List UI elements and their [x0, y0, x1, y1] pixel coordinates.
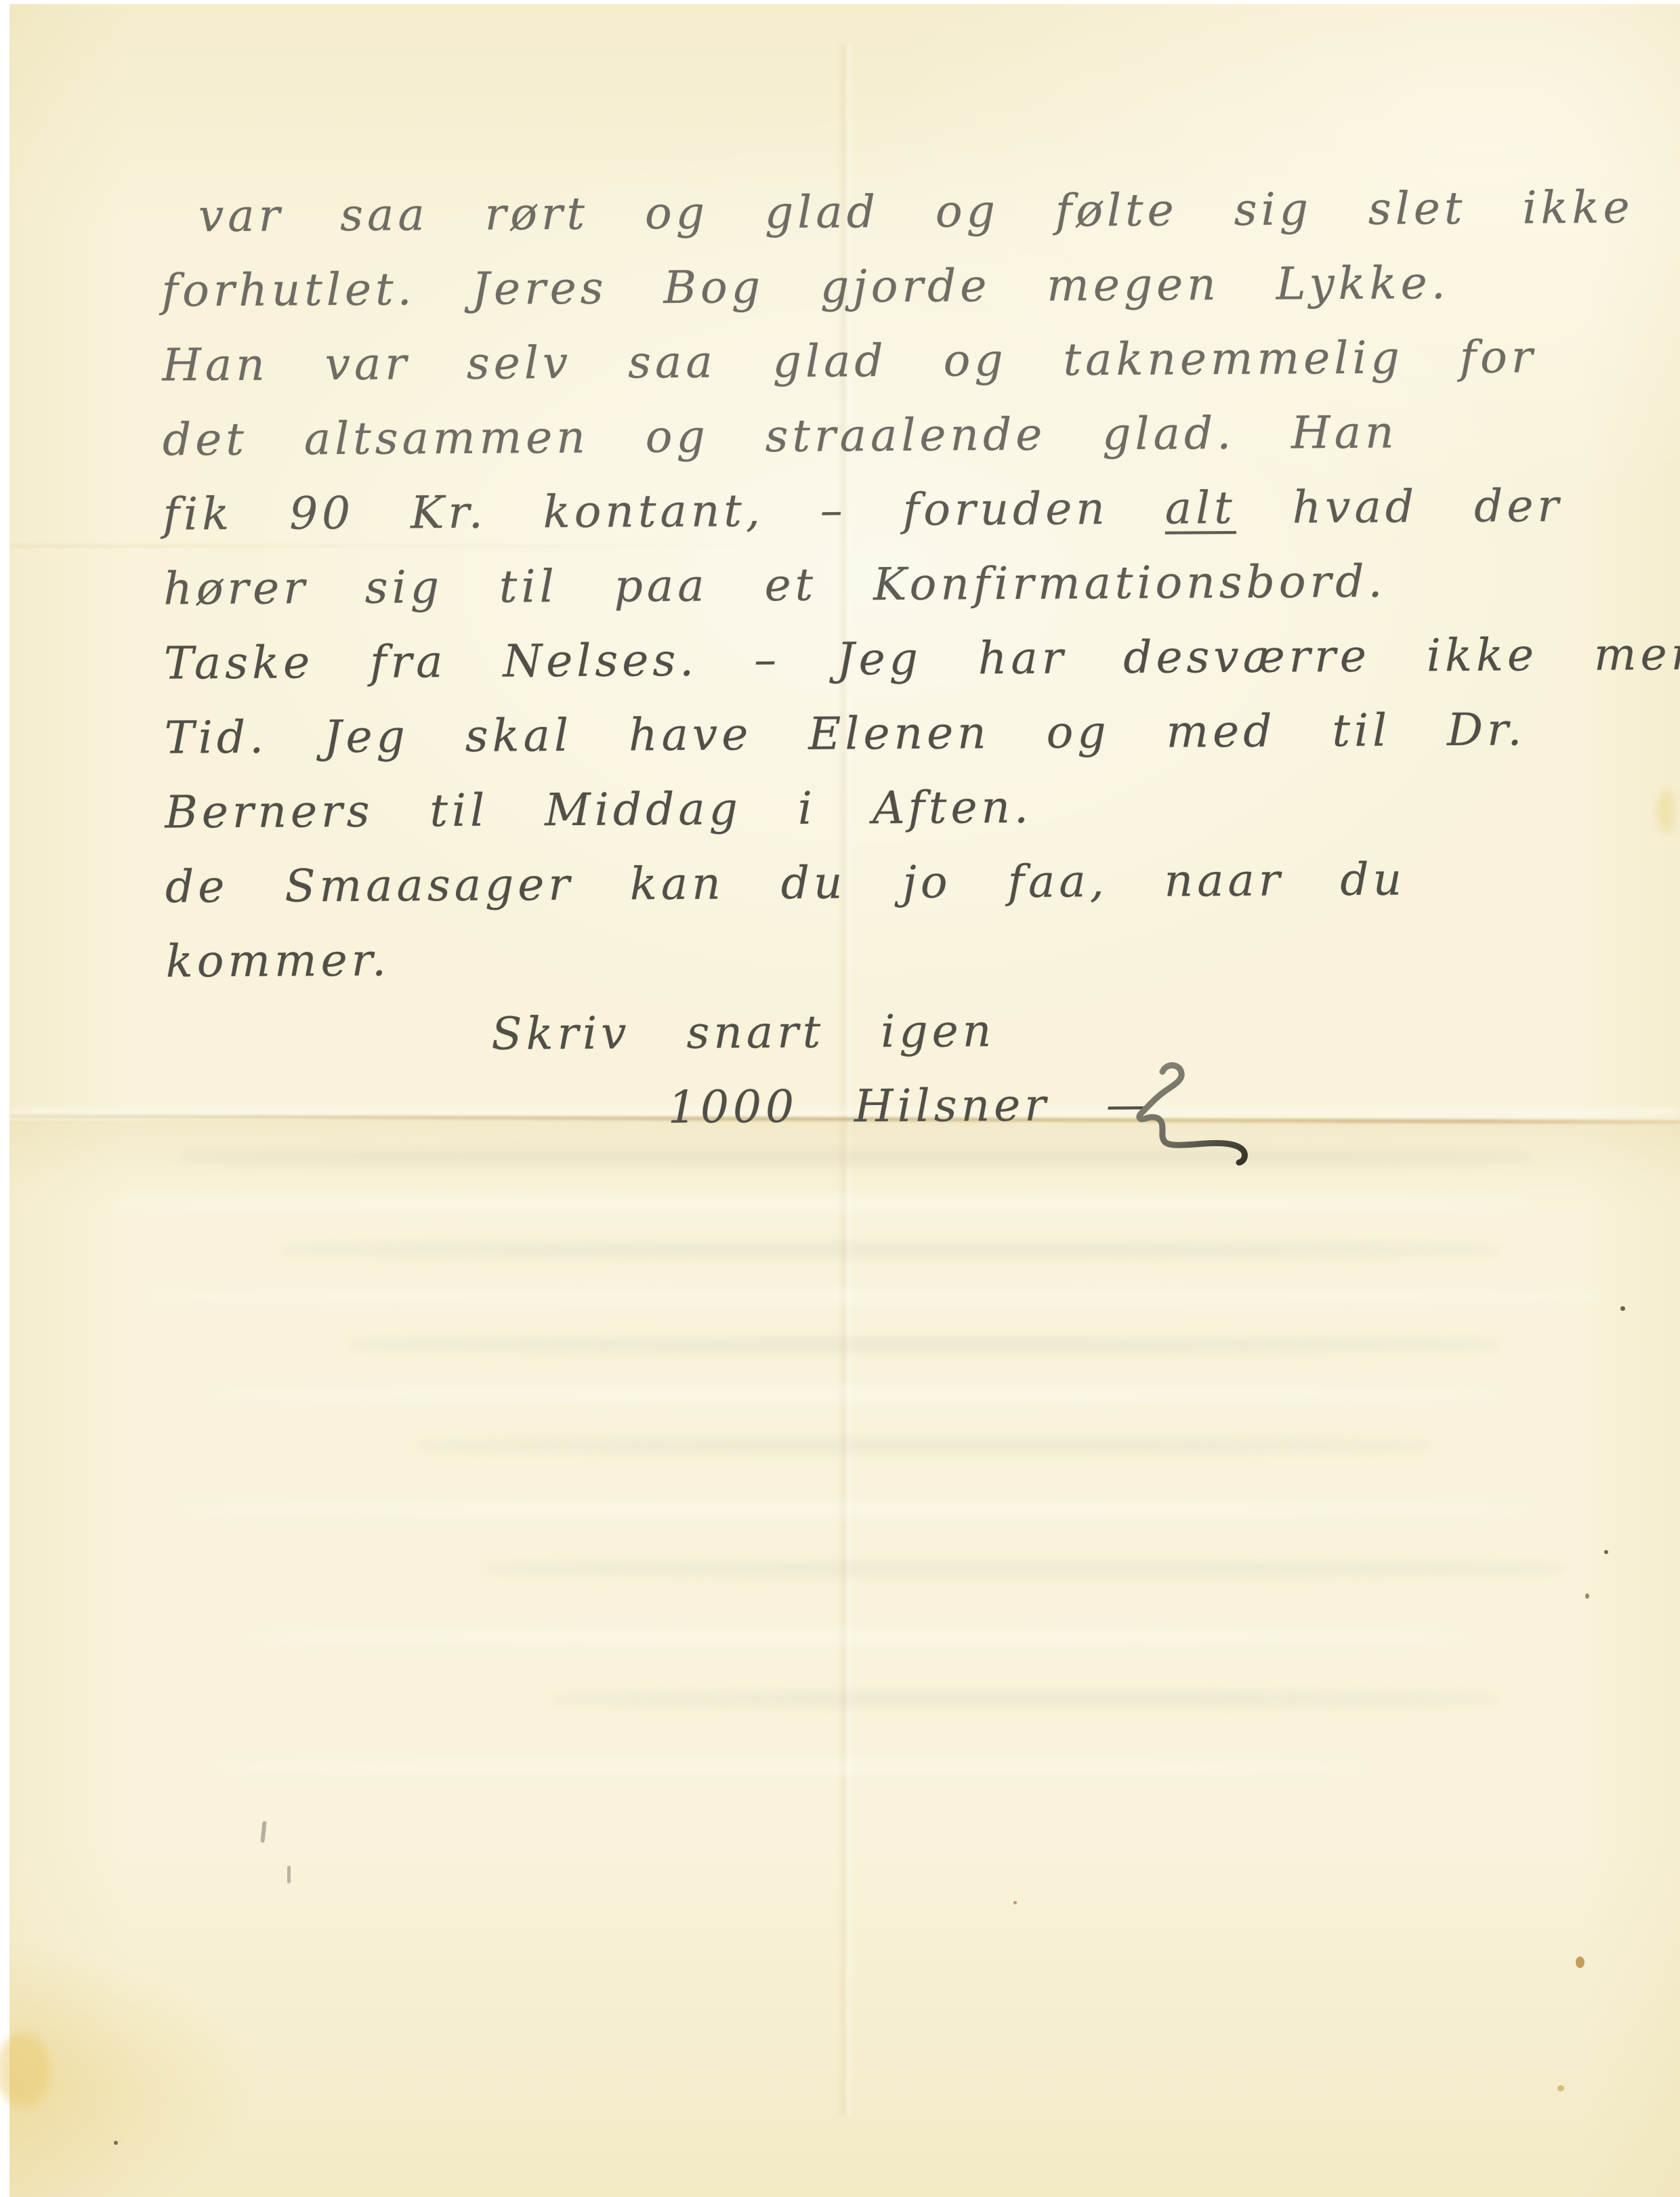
speck	[114, 2141, 118, 2145]
handwritten-line: Tid. Jeg skal have Elenen og med til Dr.	[164, 692, 1635, 775]
showthrough-line	[179, 1503, 1534, 1516]
handwritten-line: var saa rørt og glad og følte sig slet i…	[198, 170, 1632, 253]
amount-line-post: hvad der	[1236, 480, 1563, 534]
speck	[1013, 1901, 1017, 1904]
showthrough-line	[348, 1337, 1500, 1352]
handwritten-line: Han var selv saa glad og taknemmelig for	[162, 319, 1633, 402]
handwritten-line: Taske fra Nelses. – Jeg har desværre ikk…	[164, 617, 1635, 700]
pencil-mark	[287, 1866, 291, 1883]
stain-fleck	[1557, 2085, 1564, 2091]
speck	[1620, 1306, 1625, 1311]
showthrough-line	[416, 1439, 1432, 1452]
showthrough-line	[484, 1562, 1568, 1576]
edge-stain	[1657, 790, 1675, 833]
showthrough-line	[145, 1290, 1601, 1303]
showthrough-line	[280, 1242, 1500, 1257]
handwritten-line: forhutlet. Jeres Bog gjorde megen Lykke.	[161, 245, 1632, 328]
showthrough-line	[213, 1760, 1364, 1774]
letter-text: var saa rørt og glad og følte sig slet i…	[161, 170, 1637, 1148]
showthrough-line	[551, 1692, 1500, 1706]
handwritten-line: de Smaasager kan du jo faa, naar du	[165, 841, 1636, 924]
handwritten-line-amount: fik 90 Kr. kontant, – foruden alt hvad d…	[163, 468, 1633, 551]
handwritten-line: hører sig til paa et Konfirmationsbord.	[163, 543, 1634, 626]
speck	[1585, 1593, 1589, 1599]
paper-sheet: var saa rørt og glad og følte sig slet i…	[9, 4, 1680, 2197]
scanned-letter-page: { "document": { "kind": "handwritten-let…	[0, 0, 1680, 2197]
speck	[1604, 1550, 1608, 1554]
closing-line: Skriv snart igen	[491, 990, 1637, 1071]
edge-stain	[0, 2032, 50, 2107]
handwritten-line: Berners til Middag i Aften.	[165, 766, 1635, 850]
handwritten-line: kommer.	[165, 915, 1636, 999]
signature-flourish	[1122, 1053, 1298, 1175]
showthrough-line	[247, 1630, 1466, 1644]
stain-fleck	[1576, 1957, 1584, 1968]
underlined-word: alt	[1165, 482, 1236, 535]
pencil-mark	[260, 1821, 266, 1843]
showthrough-line	[213, 1387, 1500, 1401]
amount-line-pre: fik 90 Kr. kontant, – foruden	[163, 482, 1165, 541]
handwritten-line: det altsammen og straalende glad. Han	[163, 394, 1633, 477]
